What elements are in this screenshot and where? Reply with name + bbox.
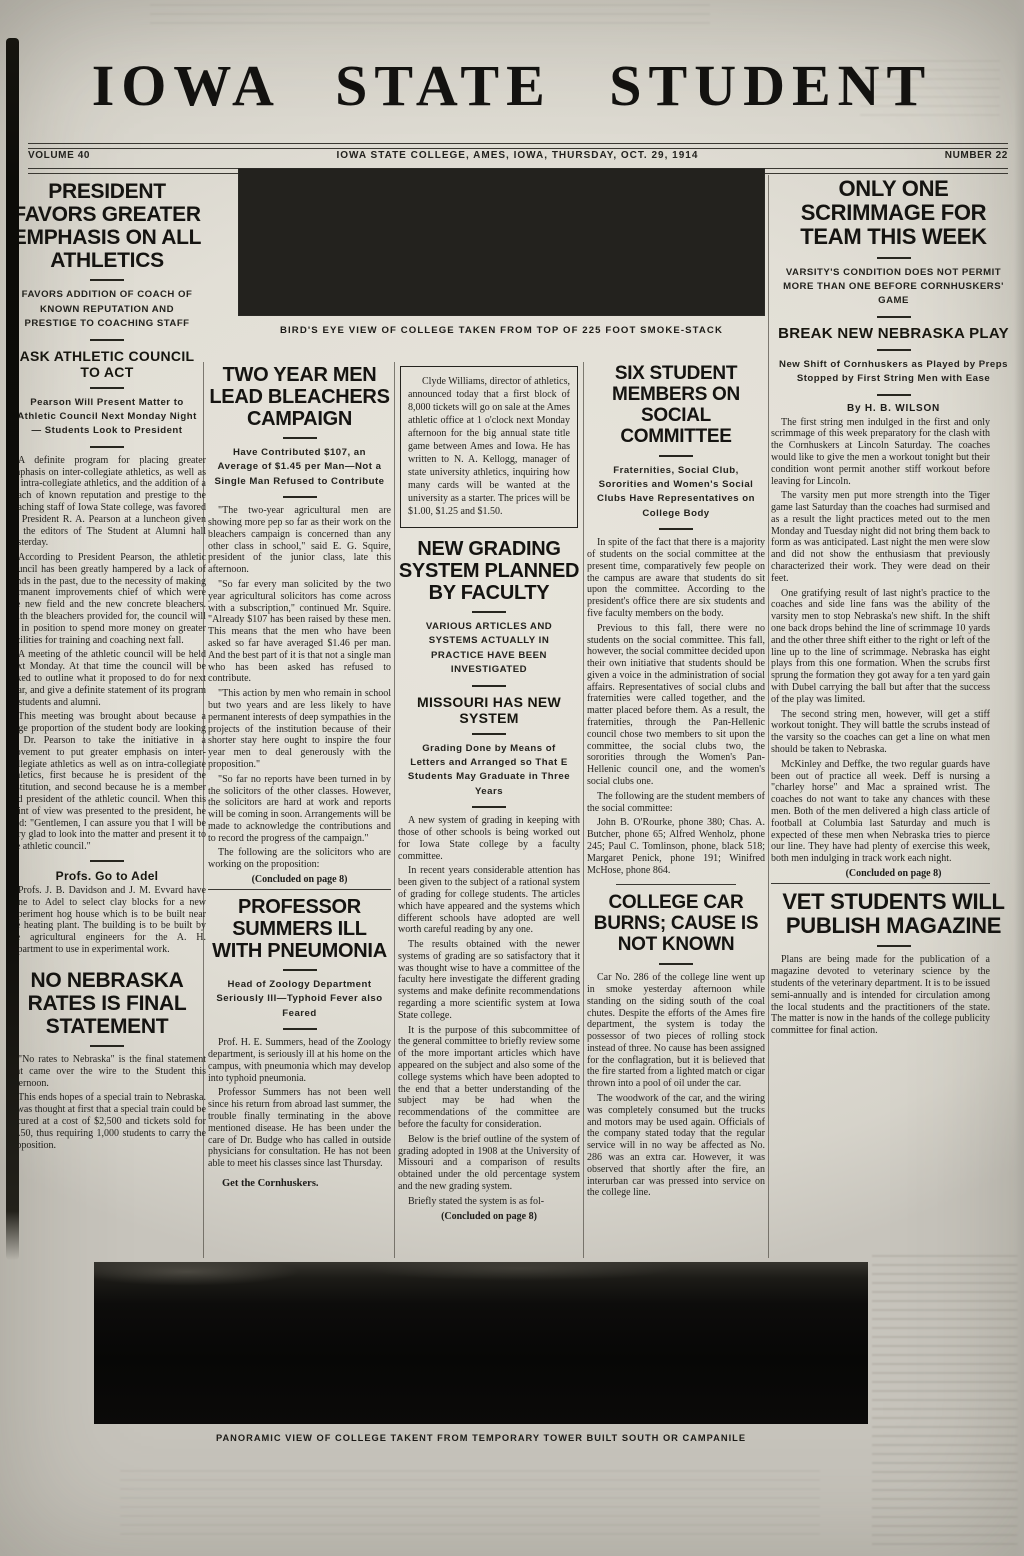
column-3: Clyde Williams, director of athletics, a…: [398, 362, 580, 1258]
page-right-edge: [1014, 0, 1024, 1556]
byline: By H. B. WILSON: [771, 403, 1016, 414]
article-body: Car No. 286 of the college line went up …: [587, 972, 765, 1199]
article-paragraph: The results obtained with the newer syst…: [398, 939, 580, 1022]
article-deck: New Shift of Cornhuskers as Played by Pr…: [777, 358, 1010, 387]
article-paragraph: Profs. J. B. Davidson and J. M. Evvard h…: [8, 885, 206, 956]
divider-rule: [877, 349, 911, 351]
article-headline: VET STUDENTS WILL PUBLISH MAGAZINE: [771, 890, 1016, 938]
article-paragraph: This ends hopes of a special train to Ne…: [8, 1092, 206, 1151]
article-headline: ONLY ONE SCRIMMAGE FOR TEAM THIS WEEK: [771, 177, 1016, 250]
bleed-through-artifact: [872, 1255, 1018, 1551]
article-paragraph: Below is the brief outline of the system…: [398, 1134, 580, 1193]
article-paragraph: John B. O'Rourke, phone 380; Chas. A. Bu…: [587, 817, 765, 876]
article-deck: Head of Zoology Department Seriously Ill…: [214, 978, 385, 1021]
article-body: Profs. J. B. Davidson and J. M. Evvard h…: [8, 885, 206, 956]
notice-paragraph: Clyde Williams, director of athletics, a…: [408, 375, 570, 518]
divider-rule: [659, 455, 693, 457]
article-paragraph: "The two-year agricultural men are showi…: [208, 505, 391, 576]
article-body: In spite of the fact that there is a maj…: [587, 537, 765, 876]
article-body: "No rates to Nebraska" is the final stat…: [8, 1054, 206, 1151]
article-paragraph: The following are the solicitors who are…: [208, 847, 391, 871]
divider-rule: [472, 685, 506, 687]
top-photo-block: BIRD'S EYE VIEW OF COLLEGE TAKEN FROM TO…: [238, 168, 765, 336]
ticket-notice-box: Clyde Williams, director of athletics, a…: [400, 366, 578, 528]
article-deck: Pearson Will Present Matter to Athletic …: [14, 396, 200, 439]
article-paragraph: McKinley and Deffke, the two regular gua…: [771, 759, 990, 865]
article-body: "The two-year agricultural men are showi…: [208, 505, 391, 871]
issue-number: NUMBER 22: [945, 150, 1008, 161]
article-paragraph: Professor Summers has not been well sinc…: [208, 1087, 391, 1170]
campus-panorama-photo: [94, 1262, 868, 1424]
article-crosshead: BREAK NEW NEBRASKA PLAY: [771, 325, 1016, 342]
divider-rule: [659, 963, 693, 965]
column-2: TWO YEAR MEN LEAD BLEACHERS CAMPAIGN Hav…: [208, 362, 391, 1258]
article-paragraph: It is the purpose of this subcommittee o…: [398, 1025, 580, 1131]
campus-birdseye-photo: [238, 168, 765, 316]
divider-rule: [283, 1028, 317, 1030]
article-paragraph: "So far every man solicited by the two y…: [208, 579, 391, 685]
divider-rule: [283, 437, 317, 439]
article-body: The first string men indulged in the fir…: [771, 417, 1016, 865]
article-paragraph: A new system of grading in keeping with …: [398, 815, 580, 862]
article-headline: NEW GRADING SYSTEM PLANNED BY FACULTY: [398, 538, 580, 604]
article-paragraph: In recent years considerable attention h…: [398, 865, 580, 936]
divider-rule: [472, 611, 506, 613]
article-deck: Have Contributed $107, an Average of $1.…: [214, 446, 385, 489]
divider-rule: [283, 496, 317, 498]
divider-rule: [90, 387, 124, 389]
article-deck: Fraternities, Social Club, Sororities an…: [593, 464, 759, 522]
divider-rule: [90, 1045, 124, 1047]
article-paragraph: Car No. 286 of the college line went up …: [587, 972, 765, 1090]
continuation-note: (Concluded on page 8): [771, 868, 1016, 879]
article-paragraph: The first string men indulged in the fir…: [771, 417, 990, 488]
article-paragraph: In spite of the fact that there is a maj…: [587, 537, 765, 620]
scan-edge-strip: [6, 38, 19, 1260]
article-paragraph: One gratifying result of last night's pr…: [771, 588, 990, 706]
article-headline: NO NEBRASKA RATES IS FINAL STATEMENT: [8, 969, 206, 1038]
column-5: ONLY ONE SCRIMMAGE FOR TEAM THIS WEEK VA…: [771, 175, 1016, 1260]
bottom-photo-caption: PANORAMIC VIEW OF COLLEGE TAKENT FROM TE…: [94, 1433, 868, 1443]
column-rule: [394, 362, 395, 1258]
article-paragraph: The varsity men put more strength into t…: [771, 490, 990, 584]
top-photo-caption: BIRD'S EYE VIEW OF COLLEGE TAKEN FROM TO…: [238, 325, 765, 336]
bottom-photo-block: PANORAMIC VIEW OF COLLEGE TAKENT FROM TE…: [94, 1262, 868, 1443]
article-deck: VARSITY'S CONDITION DOES NOT PERMIT MORE…: [777, 266, 1010, 309]
newspaper-front-page: IOWA STATE STUDENT VOLUME 40 IOWA STATE …: [0, 0, 1024, 1556]
article-paragraph: Plans are being made for the publication…: [771, 954, 990, 1037]
article-body: Plans are being made for the publication…: [771, 954, 1016, 1037]
article-paragraph: The woodwork of the car, and the wiring …: [587, 1093, 765, 1199]
article-crosshead: MISSOURI HAS NEW SYSTEM: [398, 694, 580, 726]
bleed-through-artifact: [120, 1470, 820, 1540]
article-deck: Grading Done by Means of Letters and Arr…: [404, 742, 574, 800]
article-paragraph: "No rates to Nebraska" is the final stat…: [8, 1054, 206, 1089]
article-body: A definite program for placing greater e…: [8, 455, 206, 853]
divider-rule: [659, 528, 693, 530]
dateline: IOWA STATE COLLEGE, AMES, IOWA, THURSDAY…: [336, 150, 698, 161]
dateline-row: VOLUME 40 IOWA STATE COLLEGE, AMES, IOWA…: [28, 150, 1008, 161]
volume-label: VOLUME 40: [28, 150, 90, 161]
article-headline: COLLEGE CAR BURNS; CAUSE IS NOT KNOWN: [587, 893, 765, 956]
masthead-rule: [28, 143, 1008, 149]
article-body: A new system of grading in keeping with …: [398, 815, 580, 1208]
divider-rule: [90, 860, 124, 862]
divider-rule: [283, 969, 317, 971]
article-deck: FAVORS ADDITION OF COACH OF KNOWN REPUTA…: [14, 288, 200, 331]
article-paragraph: This meeting was brought about because a…: [8, 711, 206, 853]
newspaper-title: IOWA STATE STUDENT: [30, 52, 994, 119]
article-paragraph: "This action by men who remain in school…: [208, 688, 391, 771]
divider-rule: [90, 279, 124, 281]
article-headline: PROFESSOR SUMMERS ILL WITH PNEUMONIA: [208, 896, 391, 962]
continuation-note: (Concluded on page 8): [398, 1211, 580, 1222]
article-headline: SIX STUDENT MEMBERS ON SOCIAL COMMITTEE: [587, 364, 765, 448]
continuation-note: (Concluded on page 8): [208, 874, 391, 885]
article-paragraph: Prof. H. E. Summers, head of the Zoology…: [208, 1037, 391, 1084]
divider-rule: [472, 806, 506, 808]
column-1: PRESIDENT FAVORS GREATER EMPHASIS ON ALL…: [8, 178, 206, 1260]
column-rule: [583, 362, 584, 1258]
article-deck: VARIOUS ARTICLES AND SYSTEMS ACTUALLY IN…: [404, 620, 574, 678]
article-paragraph: According to President Pearson, the athl…: [8, 552, 206, 646]
column-4: SIX STUDENT MEMBERS ON SOCIAL COMMITTEE …: [587, 362, 765, 1258]
divider-rule: [877, 394, 911, 396]
article-paragraph: The following are the student members of…: [587, 791, 765, 815]
divider-rule: [90, 446, 124, 448]
divider-rule: [877, 316, 911, 318]
article-headline: PRESIDENT FAVORS GREATER EMPHASIS ON ALL…: [8, 180, 206, 272]
article-headline: TWO YEAR MEN LEAD BLEACHERS CAMPAIGN: [208, 364, 391, 430]
bleed-through-artifact: [150, 4, 710, 30]
article-paragraph: The second string men, however, will get…: [771, 709, 990, 756]
filler-tagline: Get the Cornhuskers.: [208, 1178, 391, 1189]
divider-rule: [90, 339, 124, 341]
column-rule: [768, 175, 769, 1258]
divider-rule: [877, 945, 911, 947]
article-paragraph: "So far no reports have been turned in b…: [208, 774, 391, 845]
article-paragraph: A definite program for placing greater e…: [8, 455, 206, 549]
divider-rule: [877, 257, 911, 259]
article-paragraph: Previous to this fall, there were no stu…: [587, 623, 765, 788]
article-body: Prof. H. E. Summers, head of the Zoology…: [208, 1037, 391, 1170]
article-crosshead: Profs. Go to Adel: [8, 869, 206, 883]
article-paragraph: A meeting of the athletic council will b…: [8, 649, 206, 708]
divider-rule: [472, 733, 506, 735]
article-crosshead: ASK ATHLETIC COUNCIL TO ACT: [8, 348, 206, 380]
article-paragraph: Briefly stated the system is as fol-: [398, 1196, 580, 1208]
